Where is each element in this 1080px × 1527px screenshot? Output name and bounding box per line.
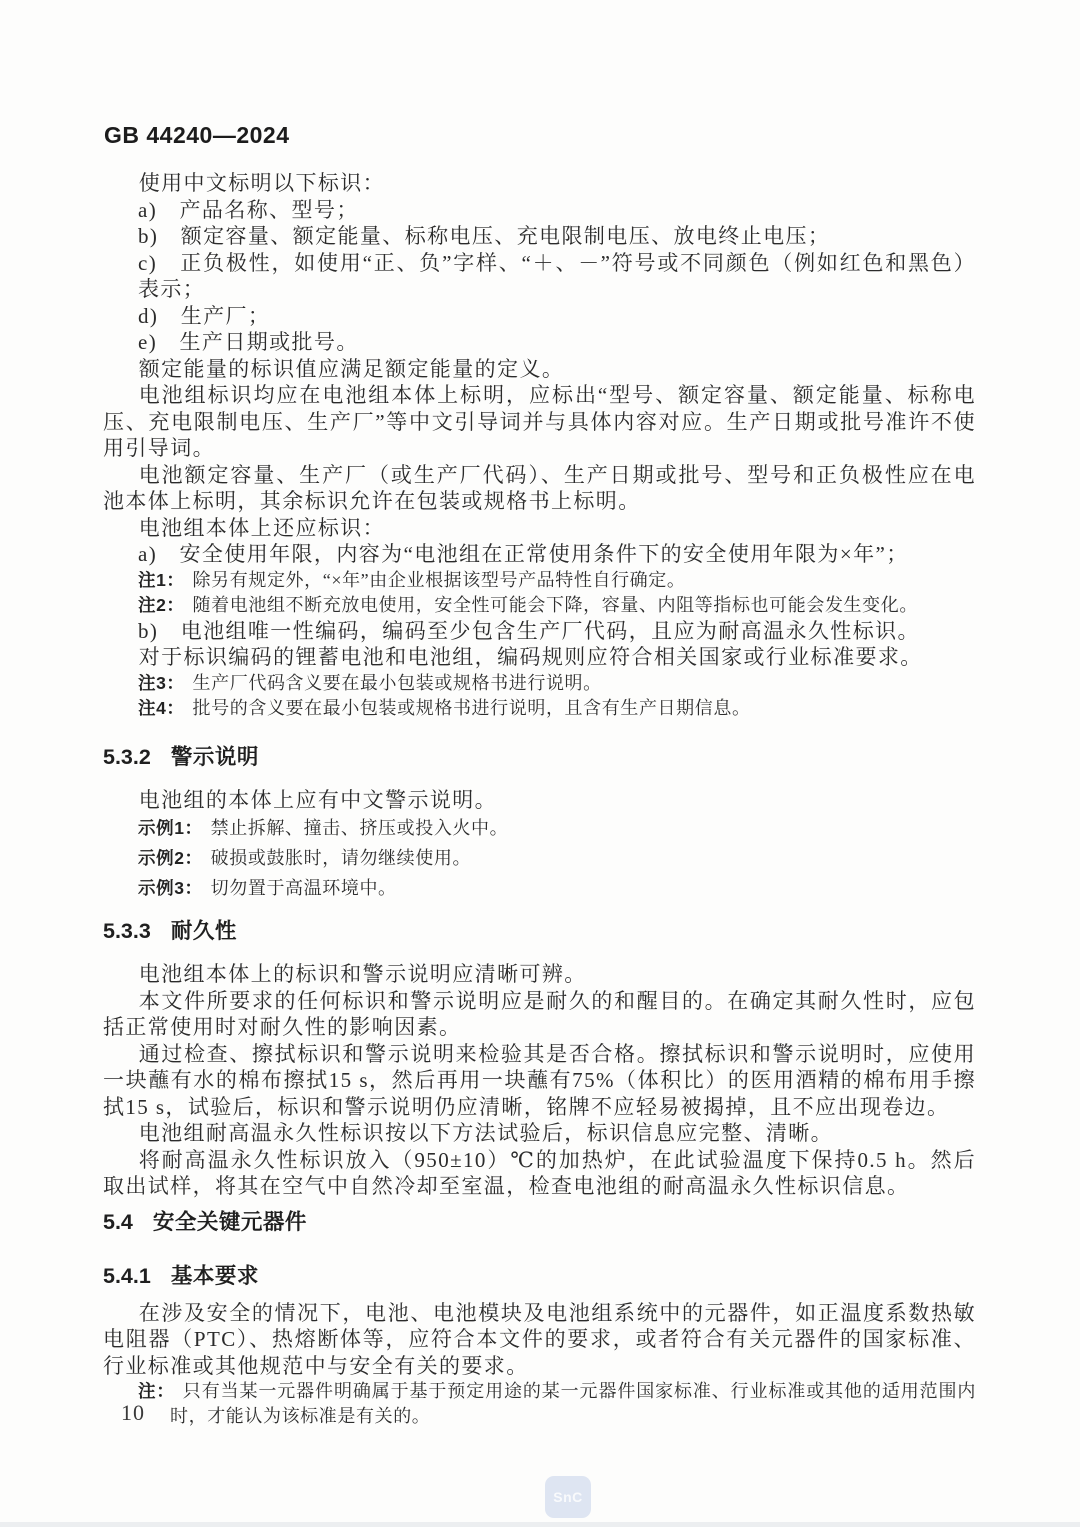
note-text: 随着电池组不断充放电使用，安全性可能会下降，容量、内阻等指标也可能会发生变化。 <box>193 595 918 615</box>
example-label: 示例1： <box>138 818 203 838</box>
note-text: 只有当某一元器件明确属于基于预定用途的某一元器件国家标准、行业标准或其他的适用范… <box>170 1381 976 1426</box>
heading-title: 耐久性 <box>171 919 237 943</box>
note: 注：只有当某一元器件明确属于基于预定用途的某一元器件国家标准、行业标准或其他的适… <box>103 1379 976 1429</box>
example-label: 示例3： <box>138 878 203 898</box>
page-bottom-edge <box>0 1522 1080 1527</box>
paragraph: 额定能量的标识值应满足额定能量的定义。 <box>103 356 976 383</box>
note-text: 批号的含义要在最小包装或规格书进行说明，且含有生产日期信息。 <box>193 698 751 718</box>
example: 示例3：切勿置于高温环境中。 <box>103 873 976 903</box>
list-item: d) 生产厂； <box>103 303 976 330</box>
page-content: 使用中文标明以下标识： a) 产品名称、型号； b) 额定容量、额定能量、标称电… <box>103 170 976 1429</box>
paragraph: 将耐高温永久性标识放入（950±10）℃的加热炉，在此试验温度下保持0.5 h。… <box>103 1147 976 1200</box>
section-heading-5-3-2: 5.3.2警示说明 <box>103 743 976 771</box>
heading-number: 5.3.3 <box>103 919 151 943</box>
watermark-badge: SnC <box>545 1476 591 1518</box>
heading-title: 基本要求 <box>171 1264 259 1288</box>
note: 注2：随着电池组不断充放电使用，安全性可能会下降，容量、内阻等指标也可能会发生变… <box>103 593 976 618</box>
list-item: a) 安全使用年限，内容为“电池组在正常使用条件下的安全使用年限为×年”； <box>103 541 976 568</box>
paragraph: 在涉及安全的情况下，电池、电池模块及电池组系统中的元器件，如正温度系数热敏电阻器… <box>103 1300 976 1380</box>
note-label: 注1： <box>138 570 185 590</box>
paragraph: 电池组本体上还应标识： <box>103 515 976 542</box>
example-text: 禁止拆解、撞击、挤压或投入火中。 <box>211 818 509 838</box>
paragraph: 对于标识编码的锂蓄电池和电池组，编码规则应符合相关国家或行业标准要求。 <box>103 644 976 671</box>
heading-number: 5.4 <box>103 1210 133 1234</box>
list-item: b) 额定容量、额定能量、标称电压、充电限制电压、放电终止电压； <box>103 223 976 250</box>
example-text: 切勿置于高温环境中。 <box>211 878 397 898</box>
paragraph: 使用中文标明以下标识： <box>103 170 976 197</box>
note: 注4：批号的含义要在最小包装或规格书进行说明，且含有生产日期信息。 <box>103 696 976 721</box>
paragraph: 电池组耐高温永久性标识按以下方法试验后，标识信息应完整、清晰。 <box>103 1120 976 1147</box>
heading-title: 安全关键元器件 <box>153 1210 307 1234</box>
note: 注1：除另有规定外，“×年”由企业根据该型号产品特性自行确定。 <box>103 568 976 593</box>
paragraph: 电池组标识均应在电池组本体上标明，应标出“型号、额定容量、额定能量、标称电压、充… <box>103 382 976 462</box>
note: 注3：生产厂代码含义要在最小包装或规格书进行说明。 <box>103 671 976 696</box>
paragraph: 电池组本体上的标识和警示说明应清晰可辨。 <box>103 961 976 988</box>
list-item: e) 生产日期或批号。 <box>103 329 976 356</box>
note-label: 注2： <box>138 595 185 615</box>
note-text: 生产厂代码含义要在最小包装或规格书进行说明。 <box>193 673 602 693</box>
section-heading-5-4-1: 5.4.1基本要求 <box>103 1262 976 1290</box>
doc-number: GB 44240—2024 <box>104 122 290 149</box>
page-number: 10 <box>121 1400 145 1426</box>
list-item: b) 电池组唯一性编码，编码至少包含生产厂代码，且应为耐高温永久性标识。 <box>103 618 976 645</box>
section-heading-5-4: 5.4安全关键元器件 <box>103 1208 976 1236</box>
paragraph: 电池组的本体上应有中文警示说明。 <box>103 787 976 814</box>
list-item: a) 产品名称、型号； <box>103 197 976 224</box>
note-text: 除另有规定外，“×年”由企业根据该型号产品特性自行确定。 <box>193 570 686 590</box>
note-label: 注： <box>138 1381 175 1401</box>
example-label: 示例2： <box>138 848 203 868</box>
paragraph: 通过检查、擦拭标识和警示说明来检验其是否合格。擦拭标识和警示说明时，应使用一块蘸… <box>103 1041 976 1121</box>
document-page: GB 44240—2024 使用中文标明以下标识： a) 产品名称、型号； b)… <box>0 0 1080 1527</box>
example-text: 破损或鼓胀时，请勿继续使用。 <box>211 848 471 868</box>
example: 示例2：破损或鼓胀时，请勿继续使用。 <box>103 843 976 873</box>
watermark-text: SnC <box>553 1489 583 1505</box>
section-heading-5-3-3: 5.3.3耐久性 <box>103 917 976 945</box>
note-label: 注4： <box>138 698 185 718</box>
heading-number: 5.4.1 <box>103 1264 151 1288</box>
heading-number: 5.3.2 <box>103 745 151 769</box>
heading-title: 警示说明 <box>171 745 259 769</box>
note-label: 注3： <box>138 673 185 693</box>
example: 示例1：禁止拆解、撞击、挤压或投入火中。 <box>103 813 976 843</box>
paragraph: 电池额定容量、生产厂（或生产厂代码）、生产日期或批号、型号和正负极性应在电池本体… <box>103 462 976 515</box>
paragraph: 本文件所要求的任何标识和警示说明应是耐久的和醒目的。在确定其耐久性时，应包括正常… <box>103 988 976 1041</box>
list-item: c) 正负极性，如使用“正、负”字样、“＋、－”符号或不同颜色（例如红色和黑色）… <box>103 250 976 303</box>
